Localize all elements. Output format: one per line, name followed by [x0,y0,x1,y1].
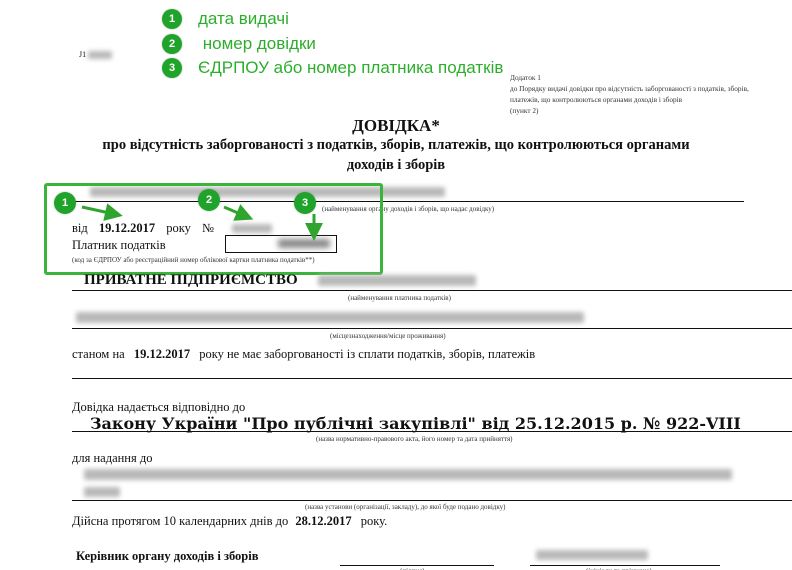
legend-label: номер довідки [198,34,316,54]
address-line [72,328,792,329]
document-subtitle-line1: про відсутність заборгованості з податкі… [0,137,792,154]
signature-line [340,565,494,566]
recipient-label: для надання до [72,451,152,466]
validity-line: Дійсна протягом 10 календарних днів до 2… [72,514,387,529]
redacted-recipient-line1 [84,469,732,480]
redacted-recipient-line2 [84,487,120,497]
appendix-line: Додаток 1 [510,72,749,83]
appendix-line: до Порядку видачі довідки про відсутніст… [510,83,749,94]
validity-prefix: Дійсна протягом 10 календарних днів до [72,514,288,528]
legend-item-certificate-number: 2 номер довідки [162,34,316,54]
marker-badge-2: 2 [162,34,182,54]
redacted-head-name [536,550,648,560]
recipient-caption: (назва установи (організації, закладу), … [305,503,505,511]
recipient-line [72,500,792,501]
marker-badge-3: 3 [162,58,182,78]
document-code-prefix: J1 [79,50,86,59]
head-label: Керівник органу доходів і зборів [76,549,258,564]
taxpayer-name-caption: (найменування платника податків) [348,294,451,302]
head-name-line [530,565,720,566]
validity-suffix: року. [361,514,388,528]
redacted-taxpayer-name [318,275,476,286]
marker-badge-1: 1 [162,9,182,29]
status-date: 19.12.2017 [134,347,190,361]
taxpayer-name-line [72,290,792,291]
basis-label: Довідка надається відповідно до [72,400,245,415]
annotation-marker-3: 3 [294,192,316,214]
basis-caption: (назва нормативно-правового акта, його н… [316,435,513,443]
status-line: станом на 19.12.2017 року не має заборго… [72,347,535,362]
basis-line [72,431,792,432]
address-caption: (місцезнаходження/місце проживання) [330,332,446,340]
document-subtitle-line2: доходів і зборів [0,157,792,174]
legend-item-taxpayer-code: 3 ЄДРПОУ або номер платника податків [162,58,503,78]
legend-item-issue-date: 1 дата видачі [162,9,289,29]
annotation-marker-2: 2 [198,189,220,211]
appendix-line: платежів, що контролюються органами дохо… [510,94,749,105]
document-title: ДОВІДКА* [0,116,792,136]
appendix-note: Додаток 1 до Порядку видачі довідки про … [510,72,749,116]
appendix-line: (пункт 2) [510,105,749,116]
taxpayer-name-prefix: ПРИВАТНЕ ПІДПРИЄМСТВО [84,272,298,289]
legend-label: дата видачі [198,9,289,29]
validity-date: 28.12.2017 [295,514,351,528]
redacted-address [76,312,584,323]
annotation-marker-1: 1 [54,192,76,214]
status-suffix: року не має заборгованості із сплати под… [199,347,535,361]
legend-label: ЄДРПОУ або номер платника податків [198,58,503,78]
redacted-code [88,51,112,59]
document-code: J1 [79,50,112,59]
status-line-rule [72,378,792,379]
status-prefix: станом на [72,347,125,361]
